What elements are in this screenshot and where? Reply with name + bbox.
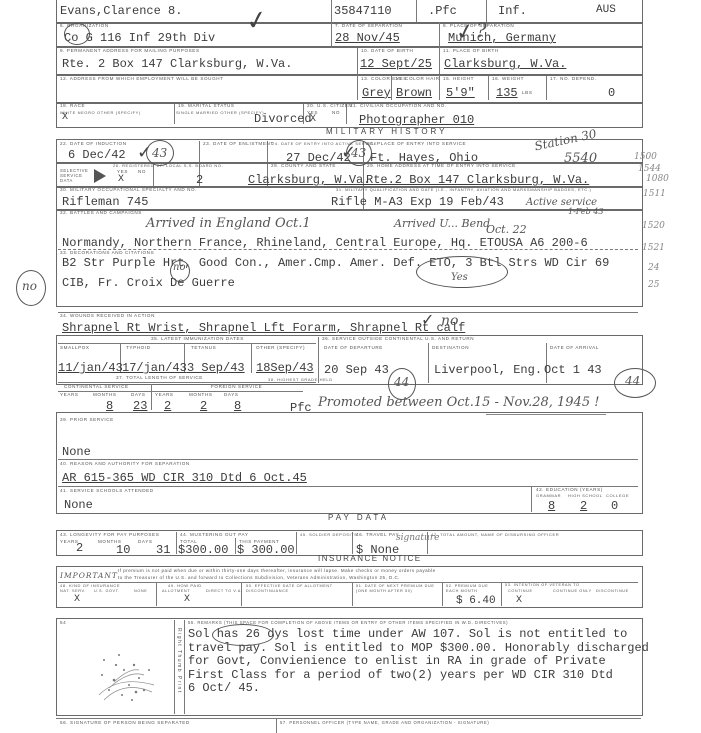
induction-annotation: 43 bbox=[152, 147, 167, 159]
local-board: 2 bbox=[196, 174, 203, 186]
birth-place-label: 11. Place of Birth bbox=[443, 49, 499, 54]
purple-heart-no-note: no bbox=[173, 263, 185, 273]
bend-date-note: Oct. 22 bbox=[486, 224, 527, 235]
mailing-address-label: 9. Permanent Address for Mailing Purpose… bbox=[60, 49, 200, 54]
mailing-address: Rte. 2 Box 147 Clarksburg, W.Va. bbox=[62, 58, 292, 70]
immunization-tetanus: 3 Sep/43 bbox=[187, 362, 245, 374]
battles-label: 32. Battles and Campaigns bbox=[60, 211, 142, 216]
separation-reason: AR 615-365 WD CIR 310 Dtd 6 Oct.45 bbox=[62, 472, 307, 484]
prior-service: None bbox=[62, 446, 91, 458]
margin-number: 1521 bbox=[642, 243, 665, 253]
overseas-arrival: Oct 1 43 bbox=[544, 364, 602, 376]
margin-number: 1544 bbox=[638, 164, 661, 174]
education-header-high-school: High School bbox=[568, 494, 603, 498]
decorations-line-1: B2 Str Purple Hrt, Good Con., Amer.Cmp. … bbox=[62, 257, 609, 269]
longevity-days: 31 bbox=[156, 544, 170, 556]
hair-label: 14. Color Hair bbox=[395, 77, 440, 82]
birth-place: Clarksburg, W.Va. bbox=[444, 58, 566, 70]
overseas-header-arrival: Date of Arrival bbox=[550, 346, 599, 351]
overseas-destination: Liverpool, Eng. bbox=[434, 364, 542, 376]
selective-service-label: Selective Service Data bbox=[60, 168, 90, 183]
registered-label: 26. Registered bbox=[113, 164, 154, 168]
yes-note: Yes bbox=[451, 273, 468, 283]
how-paid-header-direct: Direct to V.A. bbox=[206, 590, 243, 594]
weight-label: 16. Weight bbox=[492, 77, 524, 82]
foreign-days: 8 bbox=[234, 400, 241, 412]
kind-insurance-label: 48. Kind of Insurance bbox=[60, 584, 120, 588]
premium-label: 52. Premium Due Each Month bbox=[446, 584, 496, 594]
qualification-label: 31. Military Qualification and Date (i.e… bbox=[336, 188, 591, 192]
margin-number: 1500 bbox=[634, 152, 657, 162]
veteran-name: Evans,Clarence 8. bbox=[60, 5, 182, 17]
education-header-college: College bbox=[606, 494, 629, 498]
margin-number: 1080 bbox=[646, 174, 669, 184]
citizen-no-label: No bbox=[332, 111, 340, 116]
overseas-header-departure: Date of Departure bbox=[324, 346, 383, 351]
dependents: 0 bbox=[608, 87, 615, 99]
specialty: Rifleman 745 bbox=[62, 196, 148, 208]
employment-address-label: 12. Address From Which Employment Will B… bbox=[60, 77, 224, 82]
mustering-total: $300.00 bbox=[178, 544, 228, 556]
citizen-mark: X bbox=[310, 115, 316, 125]
service-header-months-2: Months bbox=[189, 393, 213, 398]
education-high-school: 2 bbox=[580, 500, 587, 512]
margin-number: 1511 bbox=[643, 189, 666, 199]
eye-color: Grey bbox=[362, 87, 391, 99]
insurance-title: INSURANCE NOTICE bbox=[318, 554, 422, 563]
home-address: Rte.2 Box 147 Clarksburg, W.Va. bbox=[366, 174, 589, 186]
remarks-line-3: for Govt, Convienience to enlist in RA i… bbox=[188, 655, 578, 669]
immunization-header-typhoid: Typhoid bbox=[126, 346, 151, 351]
longevity-years: 2 bbox=[76, 542, 83, 554]
arrival-annotation: 44 bbox=[625, 375, 640, 387]
total-amount-label: 47. Total Amount, Name of Disbursing Off… bbox=[431, 533, 559, 537]
serial-number: 35847110 bbox=[334, 5, 392, 17]
county-state: Clarksburg, W.Va. bbox=[248, 174, 370, 186]
continental-months: 8 bbox=[106, 400, 113, 412]
service-header-days-2: Days bbox=[224, 393, 239, 398]
remarks-line-5: 6 Oct/ 45. bbox=[188, 682, 578, 696]
wounds: Shrapnel Rt Wrist, Shrapnel Lft Forarm, … bbox=[62, 322, 465, 334]
checkmark-icon: ✓ bbox=[244, 6, 270, 35]
decorations-label: 33. Decorations and Citations bbox=[60, 251, 154, 256]
citizen-label: 20. U.S. Citizen bbox=[307, 104, 352, 109]
active-annotation: 43 bbox=[351, 147, 366, 159]
local-board-label: 27. Local S.S. Board No. bbox=[157, 164, 223, 168]
premium-due: $ 6.40 bbox=[456, 596, 496, 607]
race-options: White Negro Other (specify) bbox=[60, 111, 141, 115]
signature-label: 56. Signature of Person Being Separated bbox=[60, 721, 190, 726]
margin-number: 1520 bbox=[642, 221, 665, 231]
immunization-header-smallpox: Smallpox bbox=[60, 346, 90, 351]
continental-days: 23 bbox=[133, 400, 147, 412]
foreign-service-label: Foreign Service bbox=[211, 385, 262, 390]
entry-place-label: 25. Place of Entry into Service bbox=[367, 142, 466, 147]
intention-header-continue-only: Continue Only bbox=[553, 590, 592, 594]
occupation-label: 21. Civilian Occupation and No. bbox=[350, 104, 447, 109]
mustering-payment: $ 300.00 bbox=[237, 544, 295, 556]
travel-pay-label: 46. Travel Pay bbox=[356, 533, 399, 538]
weight: 135 bbox=[496, 87, 518, 99]
marital-status: Divorced bbox=[254, 113, 312, 125]
effective-date-label: 50. Effective Date of Allotment Disconti… bbox=[246, 584, 346, 594]
selective-service-arrow-icon bbox=[94, 169, 106, 183]
deposits-label: 45. Soldier Deposits bbox=[300, 533, 358, 537]
foreign-months: 2 bbox=[200, 400, 207, 412]
education-header-grammar: Grammar bbox=[536, 494, 561, 498]
separation-reason-label: 40. Reason and Authority for Separation bbox=[60, 462, 190, 467]
lost-time-circle bbox=[212, 624, 274, 646]
service-header-days-1: Days bbox=[131, 393, 146, 398]
question-note: ? bbox=[476, 20, 487, 40]
marital-options: Single Married Other (specify) bbox=[176, 111, 264, 115]
birth-date-label: 10. Date of Birth bbox=[361, 49, 413, 54]
specialty-label: 30. Military Occupational Specialty and … bbox=[60, 188, 197, 193]
longevity-label: 43. Longevity for Pay Purposes bbox=[60, 533, 159, 538]
total-service-label: 37. Total Length of Service bbox=[116, 376, 203, 381]
arm-of-service: Inf. bbox=[498, 5, 527, 17]
intention-label: 53. Intention of Veteran to bbox=[505, 584, 580, 588]
height: 5'9" bbox=[446, 87, 475, 99]
kind-header-nat-serv: Nat. Serv. bbox=[60, 590, 86, 594]
county-state-label: 28. County and State bbox=[271, 164, 336, 169]
immunization-header-other: Other (specify) bbox=[256, 346, 305, 351]
dependents-label: 17. No. Depend. bbox=[550, 77, 597, 82]
next-premium-label: 51. Date of Next Premium Due (One month … bbox=[356, 584, 440, 594]
overseas-departure: 20 Sep 43 bbox=[324, 364, 389, 376]
intention-header-continue: Continue bbox=[508, 590, 533, 594]
battles: Normandy, Northern France, Rhineland, Ce… bbox=[62, 237, 588, 249]
induction-date: 6 Dec/42 bbox=[68, 149, 126, 161]
birth-date: 12 Sept/25 bbox=[360, 58, 432, 70]
immunization-smallpox: 11/jan/43 bbox=[58, 362, 123, 374]
disbursing-signature: signature bbox=[396, 534, 439, 543]
weight-unit: LBS bbox=[522, 91, 532, 96]
separation-date: 28 Nov/45 bbox=[335, 32, 400, 44]
thumb-print-label: Right Thumb Print bbox=[176, 628, 182, 694]
kind-mark: X bbox=[74, 595, 80, 605]
longevity-months: 10 bbox=[116, 544, 130, 556]
foreign-years: 2 bbox=[164, 400, 171, 412]
checkmark-icon: ✓ bbox=[454, 21, 476, 46]
margin-no-note: no bbox=[22, 280, 37, 292]
remarks-line-4: First Class for a period of two(2) years… bbox=[188, 669, 578, 683]
organization-circle bbox=[64, 23, 90, 45]
education-label: 42. Education (Years) bbox=[536, 488, 603, 493]
thumb-print-number: 54 bbox=[60, 621, 66, 626]
registered-no-label: No bbox=[138, 170, 146, 175]
important-label: IMPORTANT bbox=[60, 571, 118, 580]
service-header-years-1: Years bbox=[60, 393, 79, 398]
prior-service-label: 39. Prior Service bbox=[60, 418, 114, 423]
personnel-officer-label: 57. Personnel Officer (Type name, grade … bbox=[280, 721, 489, 725]
checkmark-icon: ✓ bbox=[421, 312, 434, 328]
wounds-no-note: no bbox=[441, 314, 458, 328]
longevity-header-days: Days bbox=[138, 540, 153, 545]
thumb-print-image bbox=[74, 640, 184, 710]
kind-header-none: None bbox=[134, 590, 147, 594]
separation-date-label: 7. Date of Separation bbox=[335, 24, 402, 29]
immunization-typhoid: 17/jan/43 bbox=[122, 362, 187, 374]
height-label: 15. Height bbox=[443, 77, 474, 82]
race-mark: X bbox=[62, 113, 68, 123]
kind-header-us-govt: U.S. Govt. bbox=[94, 590, 120, 594]
wounds-label: 34. Wounds Received in Action bbox=[60, 314, 155, 319]
occupation: Photographer 010 bbox=[359, 114, 474, 126]
insurance-notice-line-1: If premium is not paid when due or withi… bbox=[118, 568, 436, 573]
separation-document: Evans,Clarence 8. 35847110 .Pfc Inf. AUS… bbox=[56, 0, 641, 733]
margin-number: 25 bbox=[648, 280, 659, 290]
enlistment-label: 23. Date of Enlistment bbox=[203, 142, 274, 147]
insurance-notice-line-2: to the Treasurer of the U.S. and forward… bbox=[118, 575, 400, 580]
education-grammar: 8 bbox=[548, 500, 555, 512]
decorations-line-2: CIB, Fr. Croix De Guerre bbox=[62, 277, 235, 289]
intention-header-discontinue: Discontinue bbox=[596, 590, 629, 594]
active-service-date-note: 1-Feb 43 bbox=[568, 208, 603, 216]
highest-grade-label: 38. Highest Grade Held bbox=[268, 378, 333, 382]
induction-label: 22. Date of Induction bbox=[60, 142, 127, 147]
immunization-header-tetanus: Tetanus bbox=[191, 346, 216, 351]
overseas-header-destination: Destination bbox=[432, 346, 469, 351]
marital-label: 19. Marital Status bbox=[178, 104, 235, 109]
military-history-title: MILITARY HISTORY bbox=[326, 127, 448, 136]
mustering-label: 44. Mustering Out Pay bbox=[180, 533, 249, 538]
hair-color: Brown bbox=[396, 87, 432, 99]
arrived-bend-note: Arrived U... Bend bbox=[394, 218, 490, 229]
arrived-england-note: Arrived in England Oct.1 bbox=[146, 217, 311, 230]
education-college: 0 bbox=[611, 500, 618, 512]
immunization-other: 18Sep/43 bbox=[256, 362, 314, 374]
grade: .Pfc bbox=[428, 5, 457, 17]
margin-number: 24 bbox=[648, 263, 659, 273]
immunization-label: 35. Latest Immunization Dates bbox=[151, 337, 244, 342]
intention-mark: X bbox=[516, 596, 522, 606]
registered-mark: X bbox=[118, 175, 124, 185]
station-number: 5540 bbox=[564, 152, 597, 165]
race-label: 18. Race bbox=[60, 104, 85, 109]
qualification: Rifle M-A3 Exp 19 Feb/43 bbox=[331, 196, 504, 208]
how-paid-mark: X bbox=[184, 595, 190, 605]
pay-data-title: PAY DATA bbox=[328, 513, 389, 522]
service-header-months-1: Months bbox=[93, 393, 117, 398]
continental-service-label: Continental Service bbox=[64, 385, 129, 390]
overseas-label: 36. Service Outside Continental U.S. and… bbox=[322, 337, 474, 342]
component: AUS bbox=[596, 5, 616, 16]
how-paid-label: 49. How Paid bbox=[168, 584, 202, 588]
schools-label: 41. Service Schools Attended bbox=[60, 489, 154, 494]
departure-annotation: 44 bbox=[394, 376, 409, 388]
promoted-note: Promoted between Oct.15 - Nov.28, 1945 ! bbox=[318, 396, 599, 409]
home-address-label: 29. Home Address at Time of Entry into S… bbox=[367, 164, 516, 169]
schools: None bbox=[64, 499, 93, 511]
service-header-years-2: Years bbox=[155, 393, 174, 398]
